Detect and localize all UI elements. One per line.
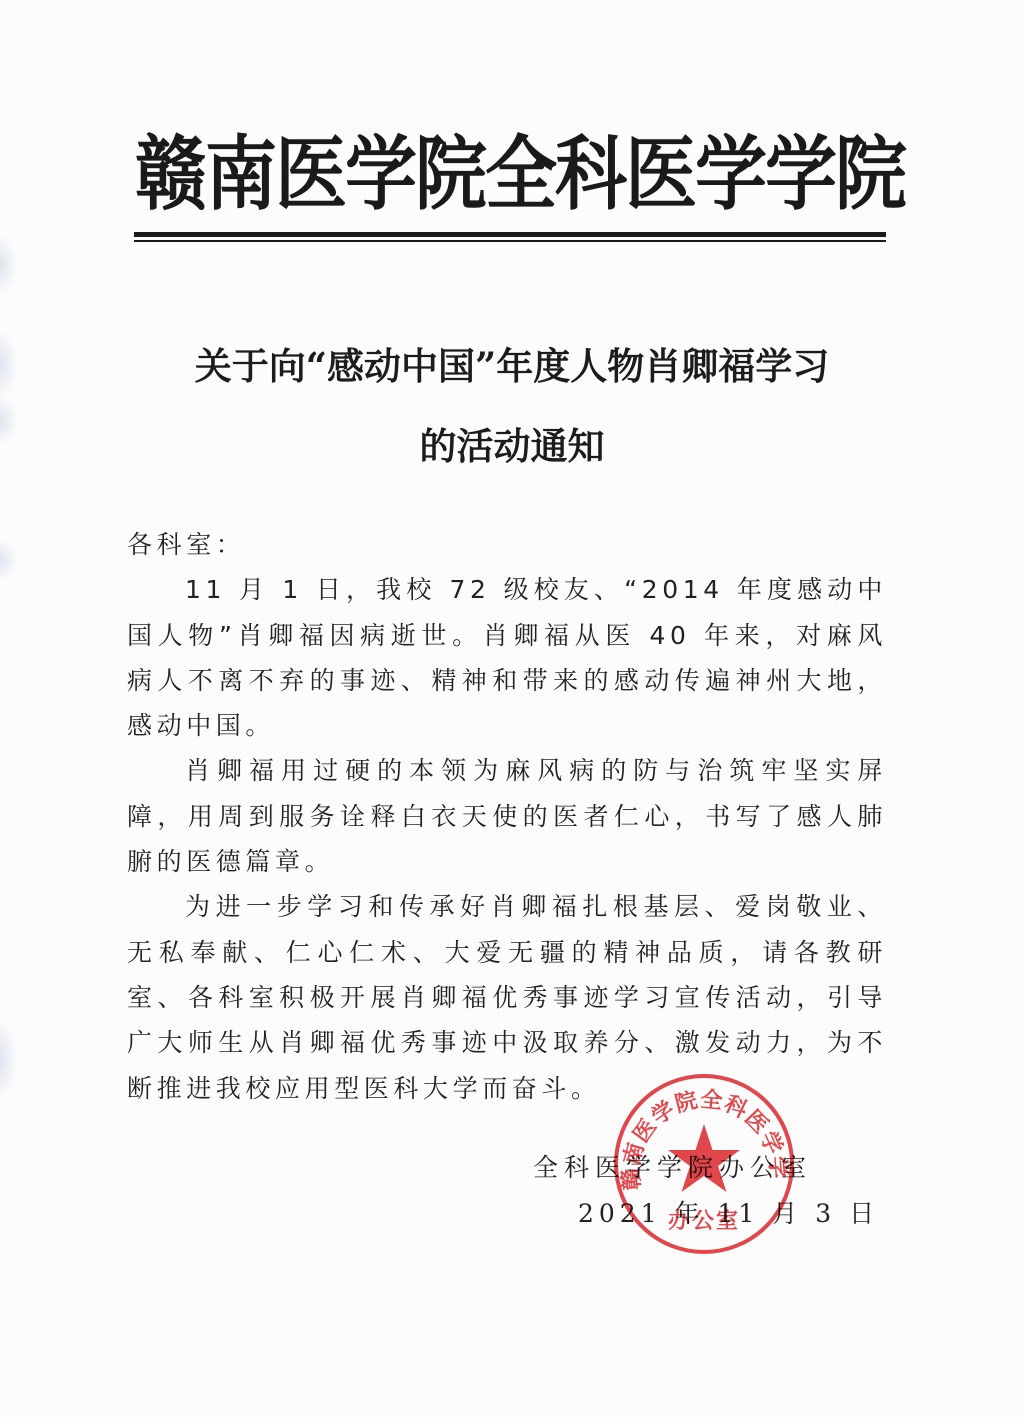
- seal-bottom-text: 办公室: [668, 1208, 740, 1234]
- star-icon: [668, 1124, 740, 1192]
- letterhead-divider: [134, 232, 886, 242]
- paragraph-1: 11 月 1 日，我校 72 级校友、“2014 年度感动中国人物”肖卿福因病逝…: [127, 567, 887, 748]
- scan-artifact: [0, 330, 18, 400]
- paragraph-2: 肖卿福用过硬的本领为麻风病的防与治筑牢坚实屏障，用周到服务诠释白衣天使的医者仁心…: [127, 748, 887, 884]
- letterhead-title: 赣南医学院全科医学学院: [135, 118, 890, 230]
- scan-artifact: [0, 1020, 18, 1100]
- notice-body: 各科室： 11 月 1 日，我校 72 级校友、“2014 年度感动中国人物”肖…: [127, 522, 887, 1111]
- document-page: 赣南医学院全科医学学院 关于向“感动中国”年度人物肖卿福学习 的活动通知 各科室…: [0, 0, 1024, 1417]
- divider-thin-line: [134, 240, 886, 242]
- scan-artifact: [0, 235, 18, 295]
- salutation: 各科室：: [127, 522, 887, 567]
- official-seal-icon: 赣南医学院全科医学学院 办公室: [612, 1072, 796, 1256]
- scan-artifact: [0, 540, 18, 580]
- notice-title-line-2: 的活动通知: [120, 416, 904, 470]
- scan-artifact: [0, 395, 18, 445]
- notice-title-line-1: 关于向“感动中国”年度人物肖卿福学习: [120, 336, 904, 390]
